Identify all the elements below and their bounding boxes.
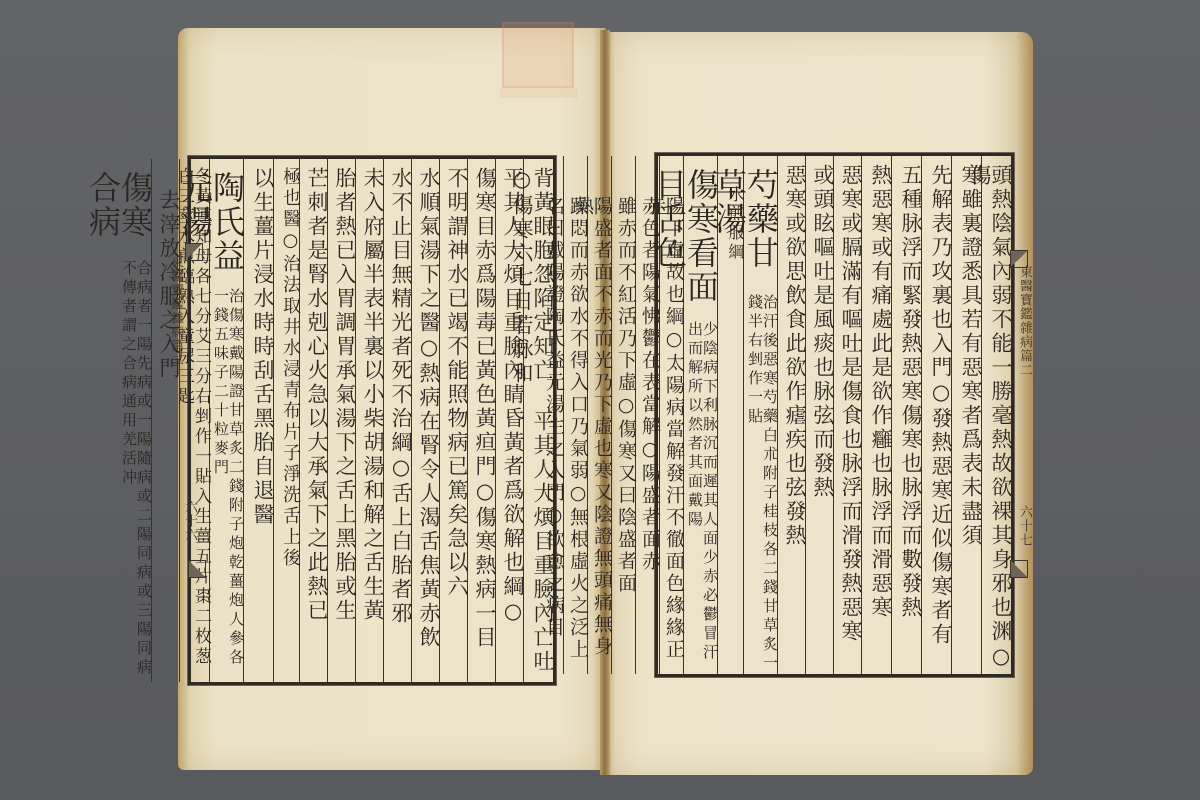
column-text: 水不止目無精光者死不治綱○舌上白胎者邪	[390, 167, 411, 626]
column-text: 治汗後惡寒芍藥白朮附子桂枝各二錢甘草炙一錢半右剉作一貼	[747, 294, 777, 674]
text-column: 陽盛者面不赤而光乃下虛也寒又陰證無頭痛無身熱	[587, 156, 611, 674]
column-text: 躁悶而赤欲水不得入口乃氣弱○無根虛火之泛上	[568, 196, 587, 661]
text-column: 或頭眩嘔吐是風痰也脉弦而發熱	[805, 156, 833, 674]
column-text: 雖赤而不紅活乃下虛○傷寒又曰陰盛者面	[616, 196, 635, 595]
text-column: 平其人大煩目重臉內睛昏黃者爲欲解也綱○	[495, 159, 523, 682]
section-heading: 傷寒合病	[87, 167, 151, 260]
library-seal-stamp	[502, 22, 574, 88]
column-text: 合病者一陽先病或一陽隨病或二陽同病或三陽同病不傳者謂之合病通用羌活冲	[121, 260, 151, 682]
text-column: 芒刺者是腎水剋心火急以大承氣下之此熱已	[299, 159, 327, 682]
text-column: 水順氣湯下之醫○熱病在腎令人渴舌焦黃赤飲	[411, 159, 439, 682]
text-column: 傷寒目赤爲陽毒已黃色黃疸門○傷寒熱病一目	[467, 159, 495, 682]
text-column: 躁悶而赤欲水不得入口乃氣弱○無根虛火之泛上	[563, 156, 587, 674]
left-page-number: 六十六	[180, 500, 199, 542]
column-text: 水順氣湯下之醫○熱病在腎令人渴舌焦黃赤飲	[418, 167, 439, 650]
column-text: 惡寒或膈滿有嘔吐是傷食也脉浮而滑發熱惡寒	[840, 164, 861, 644]
column-text: 熱惡寒或有痛處此是欲作癰也脉浮而滑惡寒	[870, 164, 891, 620]
column-text: 極也醫○治法取井水浸青布片子淨洗舌上後	[281, 167, 299, 569]
text-column: 赤色者陽氣怫鬱在表當解○陽盛者面赤	[635, 156, 659, 674]
column-text: 不明謂神水已竭不能照物病已篤矣急以六	[446, 167, 467, 599]
column-text: 赤色者陽氣怫鬱在表當解○陽盛者面赤	[640, 196, 659, 573]
column-text: 以生薑片浸水時時刮舌黑胎自退醫	[252, 167, 273, 527]
library-seal-caption	[500, 88, 578, 98]
text-column: 未入府屬半表半裏以小柴胡湯和解之舌生黃	[355, 159, 383, 682]
text-column: 惡寒或欲思飲食此欲作瘧疾也弦發熱	[777, 156, 805, 674]
column-text: 名曰戴陽證陶氏益元湯主之入門○欲愈之病目	[544, 196, 563, 639]
column-text: 平其人大煩目重臉內睛昏黃者爲欲解也綱○	[502, 167, 523, 626]
fish-tail-mark-icon	[188, 560, 206, 578]
fish-tail-mark-icon	[1010, 560, 1028, 578]
column-text: 胎者熱已入胃調胃承氣湯下之舌上黑胎或生	[334, 167, 355, 623]
text-column: 熱惡寒或有痛處此是欲作癰也脉浮而滑惡寒	[861, 156, 891, 674]
column-text: 未入府屬半表半裏以小柴胡湯和解之舌生黃	[362, 167, 383, 623]
text-column: 五種脉浮而緊發熱惡寒傷寒也脉浮而數發熱	[891, 156, 921, 674]
text-column: 水不止目無精光者死不治綱○舌上白胎者邪	[383, 159, 411, 682]
column-text: 寒雖裏證悉具若有惡寒者爲表未盡須	[960, 164, 981, 548]
column-text: 芒刺者是腎水剋心火急以大承氣下之此熱已	[306, 167, 327, 623]
text-column: 以生薑片浸水時時刮舌黑胎自退醫	[243, 159, 273, 682]
text-column: 水煎服綱	[717, 156, 743, 674]
column-text: 惡寒或欲思飲食此欲作瘧疾也弦發熱	[784, 164, 805, 548]
text-column: 胎者熱已入胃調胃承氣湯下之舌上黑胎或生	[327, 159, 355, 682]
left-page-text-frame: 背黃眼胞忽陷定知亡 平其人大煩目重臉內亡吐○傷寒六七日若脉和 平其人大煩目重臉內…	[188, 156, 556, 685]
column-text: 傷寒目赤爲陽毒已黃色黃疸門○傷寒熱病一目	[474, 167, 495, 650]
left-page-columns: 背黃眼胞忽陷定知亡 平其人大煩目重臉內亡吐○傷寒六七日若脉和 平其人大煩目重臉內…	[191, 159, 553, 682]
fish-tail-mark-icon	[185, 243, 203, 261]
text-column: 雖赤而不紅活乃下虛○傷寒又曰陰盛者面	[611, 156, 635, 674]
fish-tail-mark-icon	[1010, 250, 1028, 268]
heading-column: 傷寒合病 合病者一陽先病或一陽隨病或二陽同病或三陽同病不傳者謂之合病通用羌活冲	[117, 159, 151, 682]
right-page-columns: 頭熱陰氣內弱不能一勝毫熱故欲裸其身邪也渊○傷 寒雖裏證悉具若有惡寒者爲表未盡須 …	[658, 156, 1011, 674]
text-column: 陽下虛故也綱○太陽病當解發汗不徹面色緣緣正赤	[659, 156, 683, 674]
text-column: 極也醫○治法取井水浸青布片子淨洗舌上後	[273, 159, 299, 682]
right-page-text-frame: 頭熱陰氣內弱不能一勝毫熱故欲裸其身邪也渊○傷 寒雖裏證悉具若有惡寒者爲表未盡須 …	[655, 153, 1014, 677]
heading-column: 陶氏益元湯 治傷寒戴陽證甘草炙二錢附子炮乾薑炮人參各一錢五味子二十粒麥門	[209, 159, 243, 682]
text-column: 寒雖裏證悉具若有惡寒者爲表未盡須	[951, 156, 981, 674]
column-text: 先解表乃攻裏也入門○發熱惡寒近似傷寒者有	[930, 164, 951, 647]
heading-column: 傷寒看面目舌色 少陰病下利脉沉而遲其人面少赤必鬱冒汗出而解所以然者其面戴陽	[683, 156, 717, 674]
column-text: 水煎服綱	[727, 186, 743, 262]
text-column: 頭熱陰氣內弱不能一勝毫熱故欲裸其身邪也渊○傷	[981, 156, 1011, 674]
heading-column: 芍藥甘草湯 治汗後惡寒芍藥白朮附子桂枝各二錢甘草炙一錢半右剉作一貼	[743, 156, 777, 674]
text-column: 惡寒或膈滿有嘔吐是傷食也脉浮而滑發熱惡寒	[833, 156, 861, 674]
right-page-margin-label: 東醫寶鑑雜病篇二	[1015, 265, 1034, 435]
column-text: 治傷寒戴陽證甘草炙二錢附子炮乾薑炮人參各一錢五味子二十粒麥門	[213, 288, 243, 682]
column-text: 五種脉浮而緊發熱惡寒傷寒也脉浮而數發熱	[900, 164, 921, 620]
text-column: 名曰戴陽證陶氏益元湯主之入門○欲愈之病目	[539, 156, 563, 674]
right-page-number: 六十七	[1015, 505, 1034, 547]
left-page-margin-label: 東醫寶鑑雜病篇二	[166, 255, 185, 435]
column-text: 少陰病下利脉沉而遲其人面少赤必鬱冒汗出而解所以然者其面戴陽	[687, 321, 717, 674]
text-column: 先解表乃攻裏也入門○發熱惡寒近似傷寒者有	[921, 156, 951, 674]
column-text: 或頭眩嘔吐是風痰也脉弦而發熱	[812, 164, 833, 500]
text-column: 不明謂神水已竭不能照物病已篤矣急以六	[439, 159, 467, 682]
